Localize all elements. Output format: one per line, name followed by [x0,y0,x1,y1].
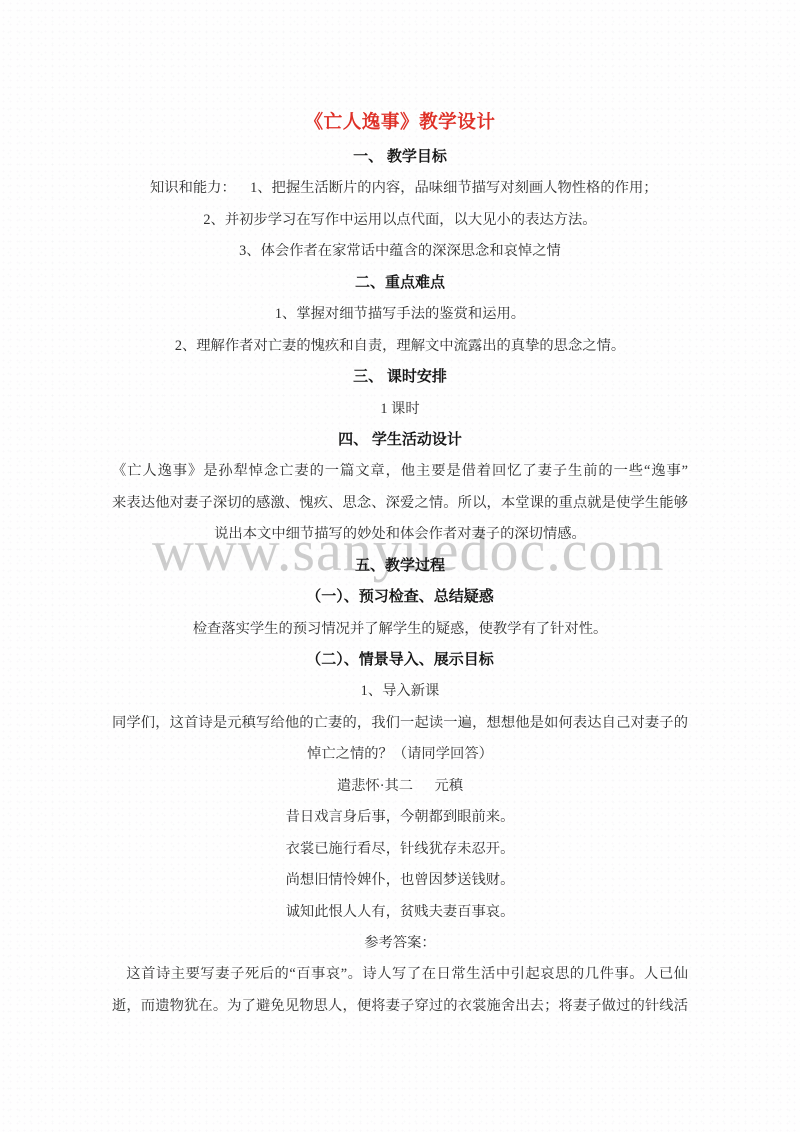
subsection-heading-preview-check: （一）、预习检查、总结疑惑 [112,582,688,613]
text-line: 检查落实学生的预习情况并了解学生的疑惑，使教学有了针对性。 [112,614,688,645]
text-line: 说出本文中细节描写的妙处和体会作者对妻子的深切情感。 [112,519,688,550]
text-line: 2、并初步学习在写作中运用以点代面，以大见小的表达方法。 [112,205,688,236]
text-line: 这首诗主要写妻子死后的“百事哀”。诗人写了在日常生活中引起哀思的几件事。人已仙 [112,959,688,990]
text-line: 1、导入新课 [112,676,688,707]
subsection-heading-scene-intro: （二）、情景导入、展示目标 [112,645,688,676]
text-line: 同学们，这首诗是元稹写给他的亡妻的，我们一起读一遍，想想他是如何表达自己对妻子的 [112,708,688,739]
text-line: 知识和能力： 1、把握生活断片的内容，品味细节描写对刻画人物性格的作用； [112,173,688,204]
text-line: 逝，而遗物犹在。为了避免见物思人，便将妻子穿过的衣裳施舍出去；将妻子做过的针线活 [112,991,688,1022]
section-heading-teaching-process: 五、教学过程 [112,551,688,582]
poem-line: 衣裳已施行看尽，针线犹存未忍开。 [112,834,688,865]
section-heading-key-points: 二、重点难点 [112,268,688,299]
section-heading-student-activity: 四、 学生活动设计 [112,425,688,456]
document-title: 《亡人逸事》教学设计 [112,104,688,142]
section-heading-teaching-goals: 一、 教学目标 [112,142,688,173]
section-heading-class-hours: 三、 课时安排 [112,362,688,393]
document-page: www.sanyuedoc.com 《亡人逸事》教学设计 一、 教学目标 知识和… [0,0,800,1132]
text-line: 来表达他对妻子深切的感激、愧疚、思念、深爱之情。所以，本堂课的重点就是使学生能够 [112,488,688,519]
text-line: 悼亡之情的？（请同学回答） [112,739,688,770]
poem-line: 昔日戏言身后事，今朝都到眼前来。 [112,802,688,833]
text-line: 1 课时 [112,394,688,425]
text-line: 2、理解作者对亡妻的愧疚和自责，理解文中流露出的真挚的思念之情。 [112,331,688,362]
poem-line: 尚想旧情怜婢仆，也曾因梦送钱财。 [112,865,688,896]
reference-answer-label: 参考答案： [112,928,688,959]
poem-title: 遣悲怀·其二 元稹 [112,771,688,802]
document-content: 《亡人逸事》教学设计 一、 教学目标 知识和能力： 1、把握生活断片的内容，品味… [112,104,688,1022]
text-line: 《亡人逸事》是孙犁悼念亡妻的一篇文章，他主要是借着回忆了妻子生前的一些“逸事” [112,456,688,487]
text-line: 1、掌握对细节描写手法的鉴赏和运用。 [112,299,688,330]
text-line: 3、体会作者在家常话中蕴含的深深思念和哀悼之情 [112,236,688,267]
poem-line: 诚知此恨人人有，贫贱夫妻百事哀。 [112,897,688,928]
